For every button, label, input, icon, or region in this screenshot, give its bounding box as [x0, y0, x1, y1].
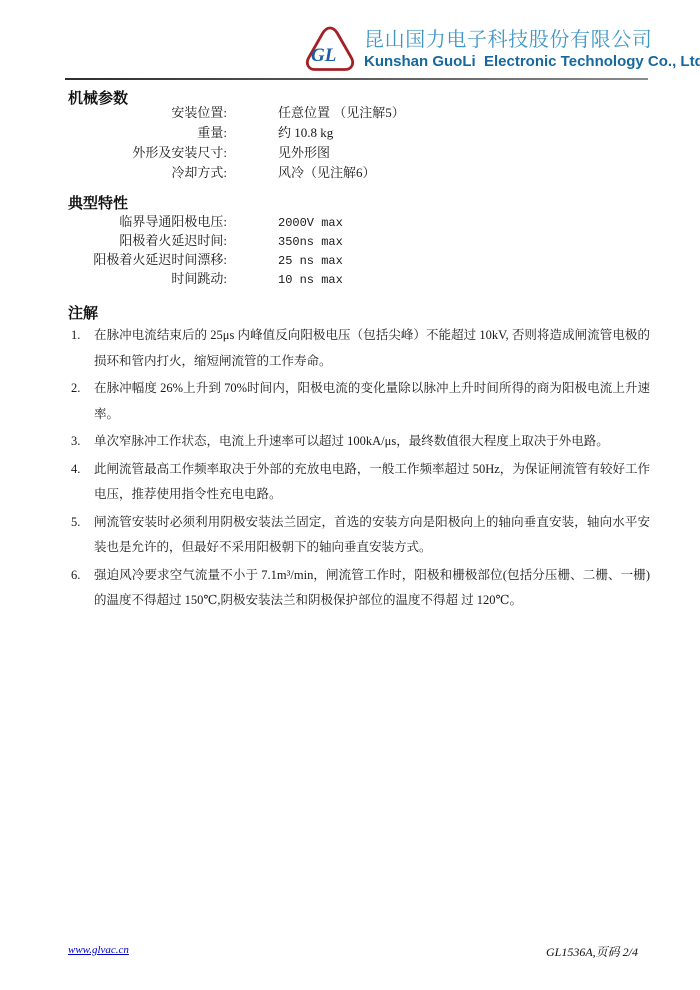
header: GL 昆山国力电子科技股份有限公司 Kunshan GuoLi Electron…: [303, 25, 700, 73]
table-row: 冷却方式: 风冷（见注解6）: [68, 162, 488, 182]
notes-list: 1. 在脉冲电流结束后的 25μs 内峰值反向阳极电压（包括尖峰）不能超过 10…: [68, 323, 650, 616]
note-text: 强迫风冷要求空气流量不小于 7.1m³/min，闸流管工作时，阳极和栅极部位(包…: [94, 563, 650, 614]
list-item: 4. 此闸流管最高工作频率取决于外部的充放电电路，一般工作频率超过 50Hz，为…: [68, 457, 650, 508]
typical-characteristics-table: 临界导通阳极电压: 2000V max 阳极着火延迟时间: 350ns max …: [68, 211, 488, 287]
param-value: 350ns max: [227, 235, 343, 249]
param-value: 10 ns max: [227, 273, 343, 287]
company-name-en: Kunshan GuoLi Electronic Technology Co.,…: [364, 53, 700, 70]
website-link[interactable]: www.glvac.cn: [68, 944, 129, 956]
list-item: 2. 在脉冲幅度 26%上升到 70%时间内，阳极电流的变化量除以脉冲上升时间所…: [68, 376, 650, 427]
note-number: 1.: [71, 323, 80, 349]
param-label: 临界导通阳极电压:: [68, 211, 227, 230]
note-number: 3.: [71, 429, 80, 455]
company-name-cn: 昆山国力电子科技股份有限公司: [364, 28, 700, 53]
note-number: 6.: [71, 563, 80, 589]
param-value: 25 ns max: [227, 254, 343, 268]
param-label: 冷却方式:: [68, 162, 227, 181]
section-title-typical: 典型特性: [68, 192, 128, 213]
mechanical-params-table: 安装位置: 任意位置 （见注解5） 重量: 约 10.8 kg 外形及安装尺寸:…: [68, 102, 488, 182]
list-item: 6. 强迫风冷要求空气流量不小于 7.1m³/min，闸流管工作时，阳极和栅极部…: [68, 563, 650, 614]
table-row: 安装位置: 任意位置 （见注解5）: [68, 102, 488, 122]
note-text: 此闸流管最高工作频率取决于外部的充放电电路，一般工作频率超过 50Hz，为保证闸…: [94, 457, 650, 508]
doc-page-ref: GL1536A,页码 2/4: [546, 943, 638, 960]
table-row: 阳极着火延迟时间漂移: 25 ns max: [68, 249, 488, 268]
param-label: 阳极着火延迟时间:: [68, 230, 227, 249]
logo-gl-text: GL: [311, 45, 336, 66]
note-text: 在脉冲幅度 26%上升到 70%时间内，阳极电流的变化量除以脉冲上升时间所得的商…: [94, 376, 650, 427]
param-value: 任意位置 （见注解5）: [227, 102, 405, 121]
param-value: 风冷（见注解6）: [227, 162, 376, 181]
note-number: 4.: [71, 457, 80, 483]
table-row: 时间跳动: 10 ns max: [68, 268, 488, 287]
company-names: 昆山国力电子科技股份有限公司 Kunshan GuoLi Electronic …: [364, 28, 700, 70]
datasheet-page: GL 昆山国力电子科技股份有限公司 Kunshan GuoLi Electron…: [0, 0, 700, 990]
param-label: 时间跳动:: [68, 268, 227, 287]
table-row: 重量: 约 10.8 kg: [68, 122, 488, 142]
param-label: 阳极着火延迟时间漂移:: [68, 249, 227, 268]
header-divider: [65, 78, 648, 80]
note-number: 2.: [71, 376, 80, 402]
table-row: 阳极着火延迟时间: 350ns max: [68, 230, 488, 249]
param-value: 见外形图: [227, 142, 330, 161]
table-row: 临界导通阳极电压: 2000V max: [68, 211, 488, 230]
param-label: 安装位置:: [68, 102, 227, 121]
company-logo: GL: [303, 25, 357, 73]
logo-triangle-icon: GL: [303, 25, 357, 73]
list-item: 5. 闸流管安装时必须利用阴极安装法兰固定，首选的安装方向是阳极向上的轴向垂直安…: [68, 510, 650, 561]
param-value: 2000V max: [227, 216, 343, 230]
note-text: 闸流管安装时必须利用阴极安装法兰固定，首选的安装方向是阳极向上的轴向垂直安装，轴…: [94, 510, 650, 561]
param-label: 重量:: [68, 122, 227, 141]
param-label: 外形及安装尺寸:: [68, 142, 227, 161]
param-value: 约 10.8 kg: [227, 122, 333, 141]
note-number: 5.: [71, 510, 80, 536]
section-title-notes: 注解: [68, 302, 98, 323]
table-row: 外形及安装尺寸: 见外形图: [68, 142, 488, 162]
note-text: 单次窄脉冲工作状态，电流上升速率可以超过 100kA/μs，最终数值很大程度上取…: [94, 429, 650, 455]
list-item: 3. 单次窄脉冲工作状态，电流上升速率可以超过 100kA/μs，最终数值很大程…: [68, 429, 650, 455]
note-text: 在脉冲电流结束后的 25μs 内峰值反向阳极电压（包括尖峰）不能超过 10kV,…: [94, 323, 650, 374]
list-item: 1. 在脉冲电流结束后的 25μs 内峰值反向阳极电压（包括尖峰）不能超过 10…: [68, 323, 650, 374]
